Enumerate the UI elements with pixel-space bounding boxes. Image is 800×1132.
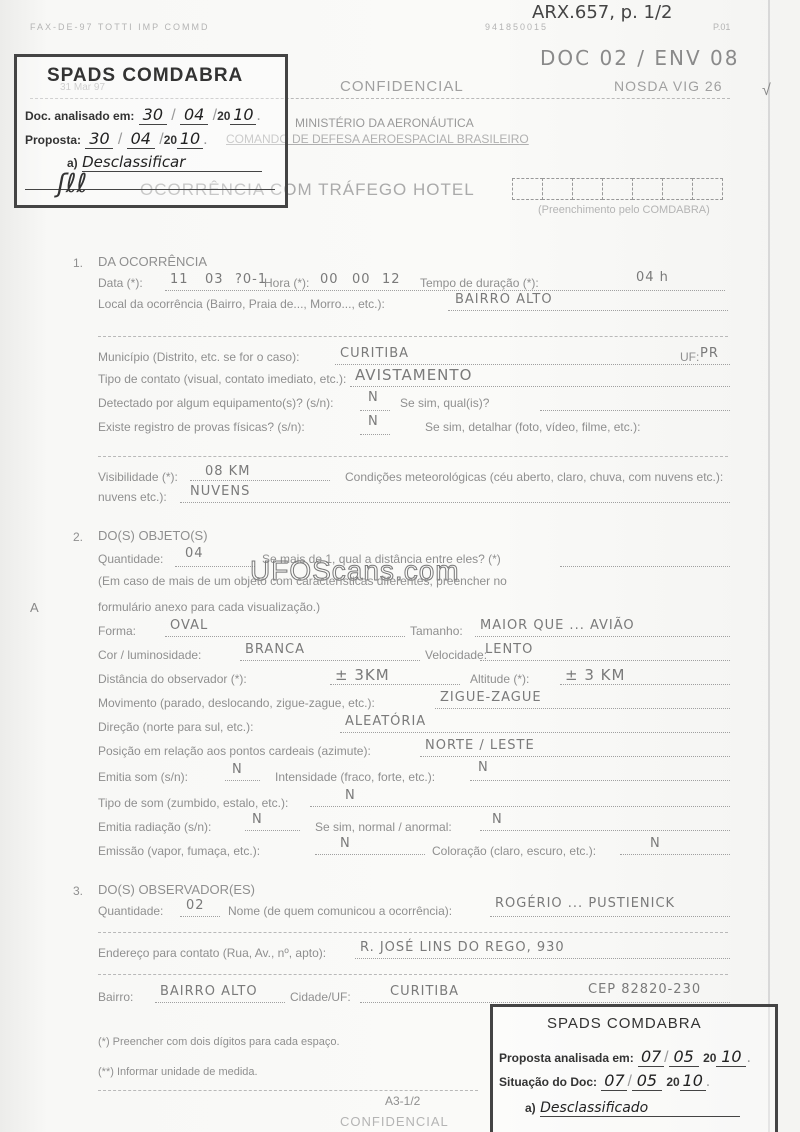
field-duration[interactable]: 04 h (636, 270, 669, 285)
code-box[interactable] (512, 178, 543, 200)
form-code: NOSDA VIG 26 (614, 78, 722, 94)
field-observer-distance[interactable]: ± 3KM (335, 666, 390, 684)
classification-bottom: CONFIDENCIAL (340, 1114, 449, 1129)
field-observer-address[interactable]: R. JOSÉ LINS DO REGO, 930 (360, 940, 565, 955)
field-size[interactable]: MAIOR QUE ... AVIÃO (480, 618, 635, 633)
field-speed[interactable]: LENTO (485, 642, 533, 657)
fax-header-number: 941850015 (485, 22, 548, 32)
field-date-month[interactable]: 03 (205, 272, 224, 287)
field-emission[interactable]: N (340, 836, 351, 851)
page-code: A3-1/2 (385, 1094, 420, 1108)
field-visibility[interactable]: 08 KM (205, 464, 250, 479)
classification-top: CONFIDENCIAL (340, 78, 464, 95)
fax-header-left: FAX-DE-97 TOTTI IMP COMMD (30, 22, 210, 32)
field-sound[interactable]: N (232, 762, 243, 777)
code-box[interactable] (542, 178, 573, 200)
stamp-analyzed-row: Doc. analisado em: 30 / 04 /2010. (25, 105, 261, 125)
stamp-title: SPADS COMDABRA (547, 1015, 702, 1032)
code-box[interactable] (602, 178, 633, 200)
stamp-status-row: Situação do Doc: 07/05 2010. (499, 1071, 710, 1091)
scan-edge (768, 0, 770, 1132)
stamp-title: SPADS COMDABRA (47, 65, 243, 87)
footnote-1: (*) Preencher com dois dígitos para cada… (98, 1036, 340, 1048)
field-coloring[interactable]: N (650, 836, 661, 851)
field-location[interactable]: BAIRRO ALTO (455, 292, 553, 307)
field-intensity[interactable]: N (478, 760, 489, 775)
handwritten-archive-ref: ARX.657, p. 1/2 (532, 2, 673, 23)
field-object-quantity[interactable]: 04 (185, 546, 204, 561)
footnote-2: (**) Informar unidade de medida. (98, 1066, 258, 1078)
field-azimuth[interactable]: NORTE / LESTE (425, 738, 535, 753)
scanned-document-page: FAX-DE-97 TOTTI IMP COMMD 941850015 P.01… (0, 0, 800, 1132)
stamp-signature: Desclassificado (540, 1100, 740, 1117)
field-radiation[interactable]: N (252, 812, 263, 827)
field-evidence[interactable]: N (368, 414, 379, 429)
code-box[interactable] (662, 178, 693, 200)
field-sound-type[interactable]: N (345, 788, 356, 803)
code-box[interactable] (572, 178, 603, 200)
code-boxes-note: (Preenchimento pelo COMDABRA) (538, 204, 710, 216)
code-boxes (512, 178, 722, 200)
field-time-m[interactable]: 00 (352, 272, 371, 287)
field-direction[interactable]: ALEATÓRIA (345, 714, 426, 729)
margin-mark: A (30, 600, 39, 615)
field-movement[interactable]: ZIGUE-ZAGUE (440, 690, 542, 705)
field-date-year[interactable]: ?0-1 (235, 272, 267, 287)
stamp-signature-row: a) Desclassificar (67, 153, 262, 172)
code-box[interactable] (692, 178, 723, 200)
field-observer-quantity[interactable]: 02 (186, 898, 205, 913)
field-time-h[interactable]: 00 (320, 272, 339, 287)
stamp-spads-comdabra-top: SPADS COMDABRA Doc. analisado em: 30 / 0… (14, 54, 288, 208)
section3-title: DO(S) OBSERVADOR(ES) (98, 882, 255, 897)
field-color[interactable]: BRANCA (245, 642, 305, 657)
section2-title: DO(S) OBJETO(S) (98, 528, 208, 543)
stamp-initials: ʃℓℓ (57, 169, 87, 199)
fax-header-page: P.01 (713, 22, 730, 32)
field-altitude[interactable]: ± 3 KM (565, 666, 625, 684)
field-radiation-normal[interactable]: N (492, 812, 503, 827)
field-shape[interactable]: OVAL (170, 618, 208, 633)
ministry-name: MINISTÉRIO DA AERONÁUTICA (295, 116, 474, 130)
handwritten-doc-ref: DOC 02 / ENV 08 (540, 46, 739, 70)
stamp-analyzed-row: Proposta analisada em: 07/05 2010. (499, 1047, 751, 1067)
field-observer-city[interactable]: CURITIBA (390, 984, 459, 999)
stamp-signature: Desclassificar (82, 153, 262, 172)
field-weather[interactable]: NUVENS (190, 484, 250, 499)
code-box[interactable] (632, 178, 663, 200)
stamp-proposal-row: Proposta: 30 / 04 /2010. (25, 129, 208, 149)
field-contact-type[interactable]: AVISTAMENTO (355, 366, 472, 384)
stamp-signature-row: a) Desclassificado (525, 1099, 740, 1117)
field-state[interactable]: PR (700, 346, 719, 361)
field-observer-district[interactable]: BAIRRO ALTO (160, 984, 258, 999)
field-time-s[interactable]: 12 (382, 272, 401, 287)
stamp-spads-comdabra-bottom: SPADS COMDABRA Proposta analisada em: 07… (490, 1004, 778, 1132)
margin-checkmark: √ (762, 82, 771, 100)
field-observer-cep[interactable]: CEP 82820-230 (588, 982, 701, 997)
field-observer-name[interactable]: ROGÉRIO ... PUSTIENICK (495, 896, 675, 911)
field-date-day[interactable]: 11 (170, 272, 189, 287)
field-city[interactable]: CURITIBA (340, 346, 409, 361)
field-equipment[interactable]: N (368, 390, 379, 405)
section1-title: DA OCORRÊNCIA (98, 254, 207, 269)
